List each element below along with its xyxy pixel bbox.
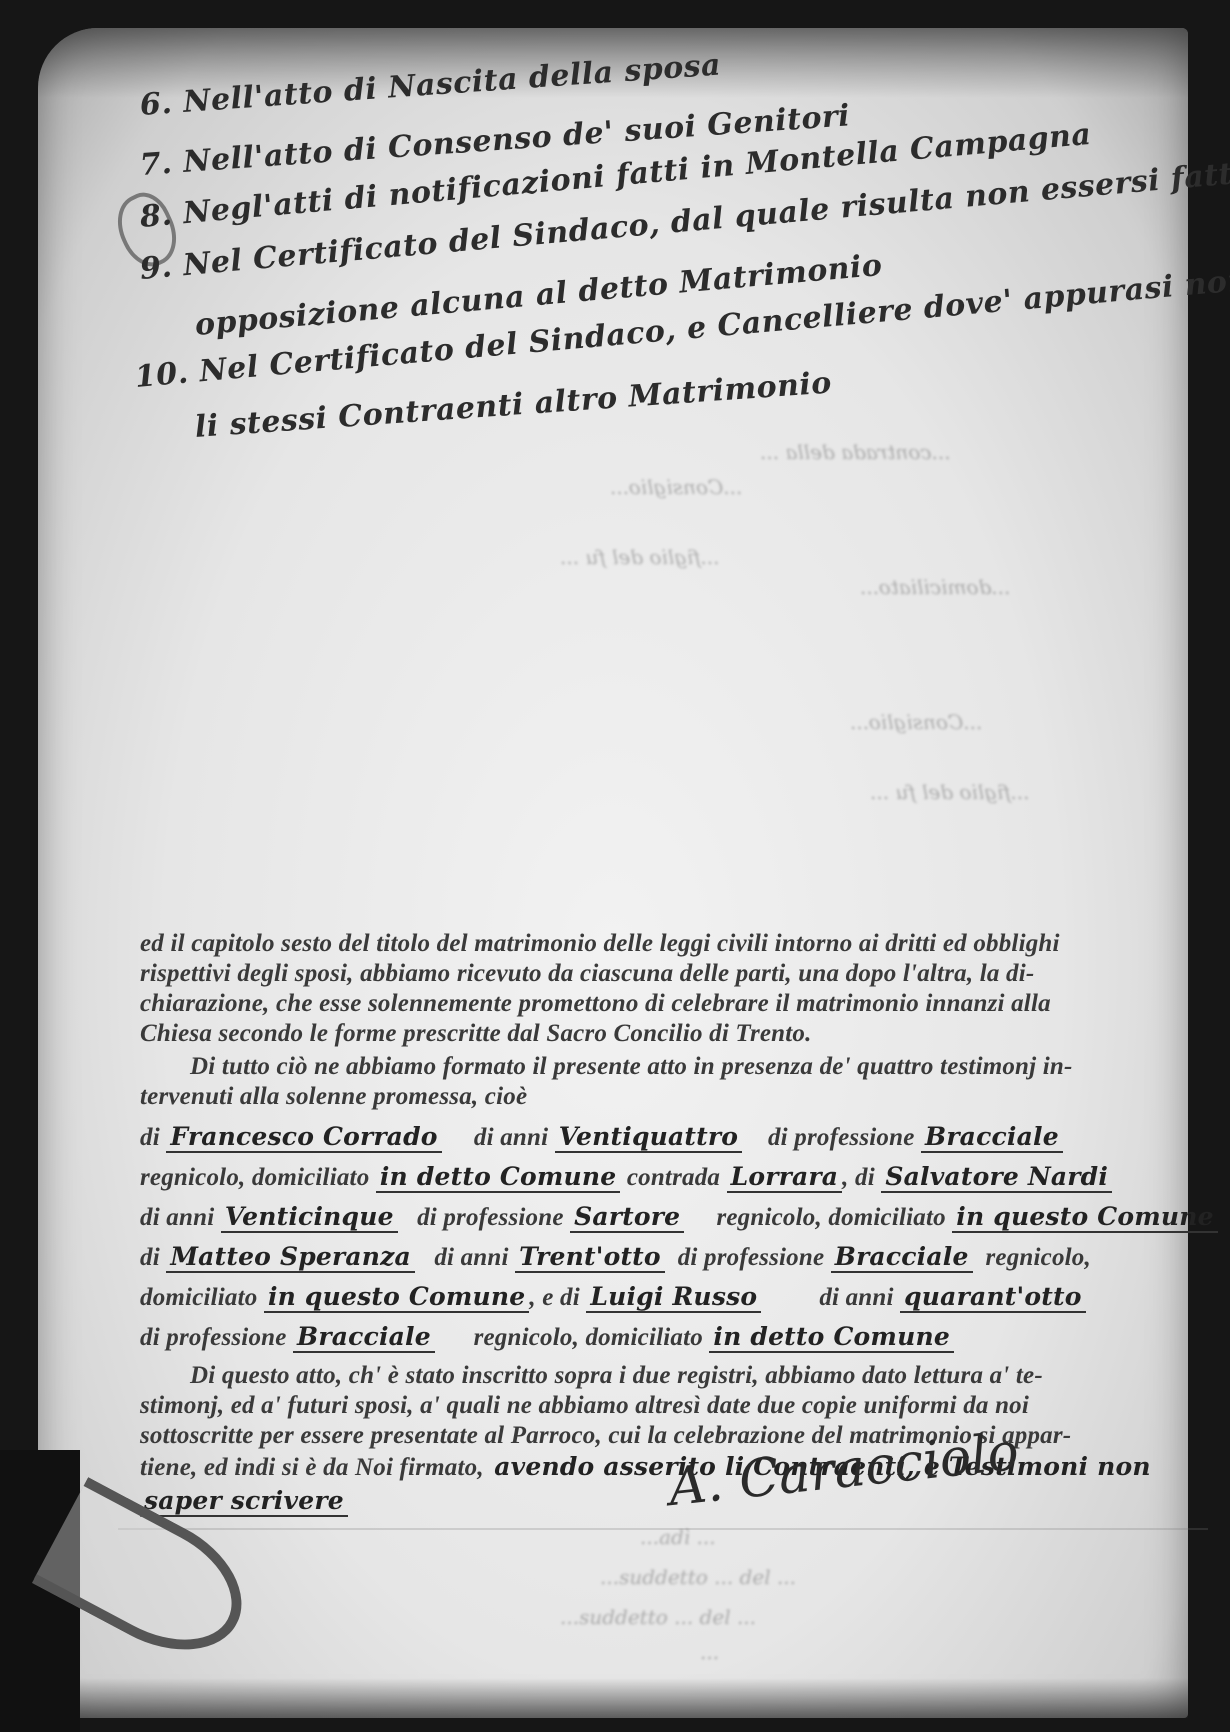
witness-line-4: di Matteo Speranza di anni Trent'otto di…: [140, 1242, 1091, 1272]
label: di professione: [140, 1324, 287, 1351]
label: , di: [842, 1164, 875, 1191]
witness-domicile: in questo Comune: [952, 1202, 1217, 1233]
witness-profession: Bracciale: [831, 1242, 973, 1273]
bleed-through-text: ...Consiglio...: [610, 475, 742, 499]
faded-note: ...suddetto ... del ...: [600, 1565, 796, 1589]
printed-line: rispettivi degli sposi, abbiamo ricevuto…: [140, 960, 1034, 988]
witness-line-3: di anni Venticinque di professione Sarto…: [140, 1202, 1218, 1232]
label: domiciliato: [140, 1284, 257, 1311]
label: di professione: [417, 1204, 564, 1231]
printed-line: Chiesa secondo le forme prescritte dal S…: [140, 1020, 812, 1048]
witness-line-6: di professione Bracciale regnicolo, domi…: [140, 1322, 954, 1352]
list-number: 10.: [133, 355, 190, 395]
list-number: 6.: [139, 86, 174, 123]
label: regnicolo, domiciliato: [474, 1324, 703, 1351]
printed-line: chiarazione, che esse solennemente prome…: [140, 990, 1051, 1018]
witness-profession: Bracciale: [921, 1122, 1063, 1153]
witness-contrada: Lorrara: [727, 1162, 843, 1193]
witness-line-2: regnicolo, domiciliato in detto Comune c…: [140, 1162, 1112, 1192]
printed-line: tervenuti alla solenne promessa, cioè: [140, 1083, 527, 1111]
closing-handwritten: saper scrivere: [140, 1486, 348, 1516]
witness-age: Venticinque: [221, 1202, 398, 1233]
witness-name: Luigi Russo: [586, 1282, 761, 1313]
witness-age: Trent'otto: [515, 1242, 665, 1273]
witness-profession: Bracciale: [293, 1322, 435, 1353]
bleed-through-text: ...contrada della ...: [760, 440, 951, 464]
printed-text: tiene, ed indi si è da Noi firmato,: [140, 1454, 484, 1481]
witness-profession: Sartore: [570, 1202, 684, 1233]
witness-name: Francesco Corrado: [166, 1122, 441, 1153]
witness-domicile: in detto Comune: [709, 1322, 954, 1353]
bleed-through-text: ...figlio del fu ...: [560, 545, 720, 569]
bleed-through-text: ...Consiglio...: [850, 710, 982, 734]
list-number: 8.: [138, 197, 173, 235]
label: di anni: [140, 1204, 214, 1231]
printed-line: Di tutto ciò ne abbiamo formato il prese…: [190, 1053, 1073, 1081]
list-number: 9.: [138, 249, 173, 287]
label: contrada: [627, 1164, 720, 1191]
label: di anni: [434, 1244, 508, 1271]
handwritten-text: saper scrivere: [140, 1486, 348, 1517]
label: di: [140, 1124, 160, 1151]
witness-line-1: di Francesco Corrado di anni Ventiquattr…: [140, 1122, 1063, 1152]
label: di: [140, 1244, 160, 1271]
witness-line-5: domiciliato in questo Comune, e di Luigi…: [140, 1282, 1086, 1312]
bleed-through-text: ...domiciliato...: [860, 575, 1010, 599]
label: , e di: [529, 1284, 580, 1311]
printed-line: stimonj, ed a' futuri sposi, a' quali ne…: [140, 1392, 1029, 1420]
witness-domicile: in detto Comune: [376, 1162, 621, 1193]
label: regnicolo, domiciliato: [140, 1164, 369, 1191]
list-number: 7.: [139, 146, 174, 183]
label: di anni: [819, 1284, 893, 1311]
witness-name: Salvatore Nardi: [881, 1162, 1112, 1193]
label: di professione: [768, 1124, 915, 1151]
bleed-through-text: ...figlio del fu ...: [870, 780, 1030, 804]
witness-domicile: in questo Comune: [264, 1282, 529, 1313]
label: di professione: [678, 1244, 825, 1271]
label: regnicolo,: [985, 1244, 1090, 1271]
faded-note: ...suddetto ... del ...: [560, 1605, 756, 1629]
witness-age: quarant'otto: [900, 1282, 1085, 1313]
faded-note: ...adì ...: [640, 1525, 716, 1549]
witness-age: Ventiquattro: [555, 1122, 742, 1153]
witness-name: Matteo Speranza: [166, 1242, 415, 1273]
printed-line: Di questo atto, ch' è stato inscritto so…: [190, 1362, 1043, 1390]
label: di anni: [474, 1124, 548, 1151]
label: regnicolo, domiciliato: [716, 1204, 945, 1231]
faded-note: ...: [700, 1640, 719, 1664]
printed-line: ed il capitolo sesto del titolo del matr…: [140, 930, 1060, 958]
